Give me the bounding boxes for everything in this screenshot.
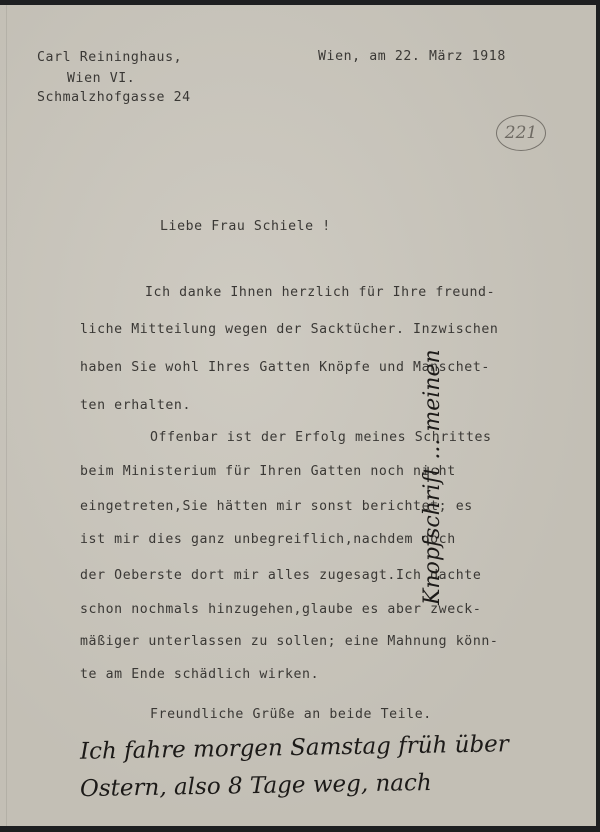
page-edge-shadow (6, 5, 7, 826)
sender-name: Carl Reininghaus, (37, 50, 182, 65)
margin-handwriting: Knopfschrift ... meinen (420, 245, 445, 605)
dateline: Wien, am 22. März 1918 (318, 49, 506, 64)
sender-street: Schmalzhofgasse 24 (37, 90, 191, 105)
body-line: ten erhalten. (80, 398, 191, 413)
letter-page: Carl Reininghaus, Wien VI. Schmalzhofgas… (0, 5, 596, 826)
sender-city: Wien VI. (67, 71, 135, 86)
body-line: te am Ende schädlich wirken. (80, 667, 319, 682)
archive-number-stamp: 221 (496, 115, 546, 151)
body-line: ist mir dies ganz unbegreiflich,nachdem … (80, 532, 456, 547)
body-line: beim Ministerium für Ihren Gatten noch n… (80, 464, 456, 479)
closing: Freundliche Grüße an beide Teile. (150, 707, 432, 722)
postscript-line-2: Ostern, also 8 Tage weg, nach (80, 770, 432, 802)
body-line: eingetreten,Sie hätten mir sonst bericht… (80, 499, 473, 514)
salutation: Liebe Frau Schiele ! (160, 219, 331, 234)
body-line: mäßiger unterlassen zu sollen; eine Mahn… (80, 634, 498, 649)
postscript-line-1: Ich fahre morgen Samstag früh über (80, 731, 509, 764)
